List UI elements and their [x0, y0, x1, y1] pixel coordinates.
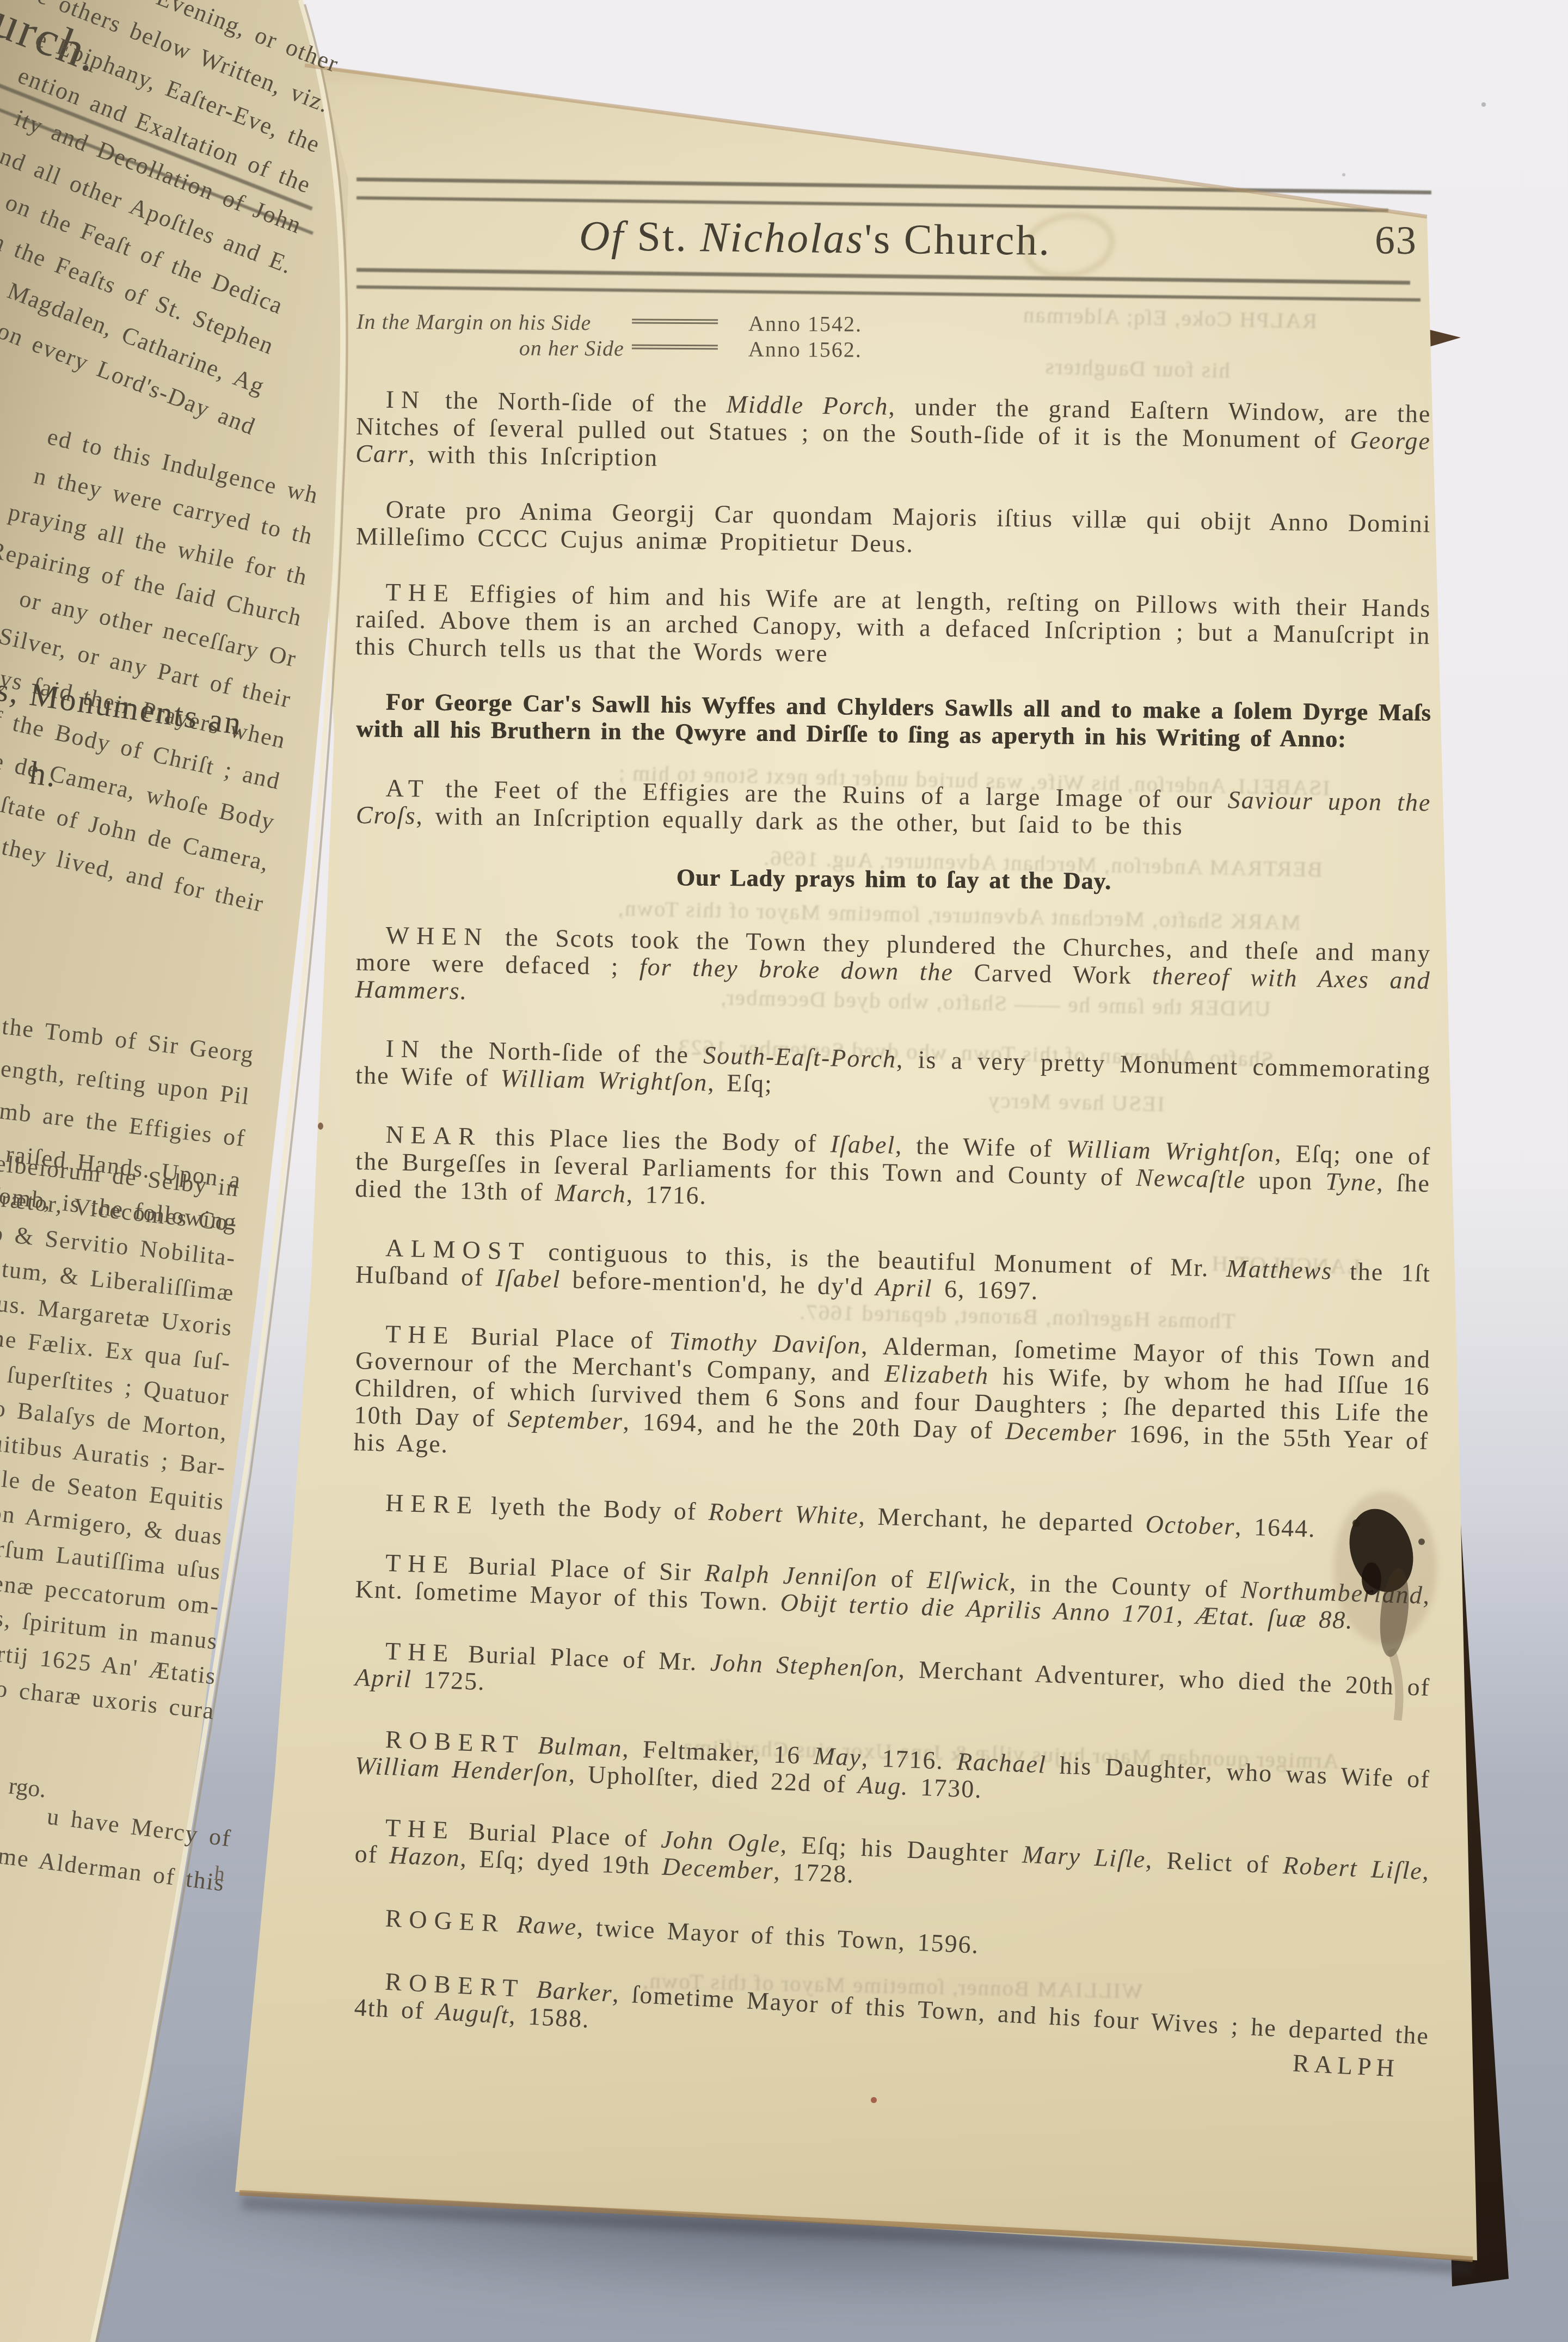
text-segment: Iſabel	[830, 1130, 895, 1158]
body-paragraphs: IN the North-ſide of the Middle Porch, u…	[356, 385, 1431, 2021]
photo-of-open-book: RALPH Coke, Eſq; Aldermanhis four Daught…	[0, 0, 1568, 2342]
paragraph-p5: AT the Feet of the Effigies are the Ruin…	[356, 774, 1431, 844]
paragraph-p2: Orate pro Anima Georgij Car quondam Majo…	[356, 495, 1431, 565]
text-segment: Iſabel	[495, 1264, 561, 1293]
margin-note-value-2: Anno 1562.	[748, 336, 862, 363]
text-segment: , Relict of	[1145, 1846, 1283, 1879]
text-segment: THE	[385, 1637, 456, 1667]
text-segment: IN	[385, 1034, 427, 1063]
margin-note: In the Margin on his Side Anno 1542. on …	[356, 309, 1431, 365]
text-segment: , 1716.	[861, 1744, 957, 1775]
head-rule-bottom-2	[356, 285, 1421, 302]
text-segment: , twice Mayor of this Town, 1596.	[576, 1912, 980, 1959]
text-segment: his Daughter, who was Wife of	[1046, 1751, 1431, 1793]
text-segment: , 1644.	[1235, 1512, 1317, 1542]
text-segment: THE	[385, 1549, 456, 1579]
head-rule-bottom-1	[356, 268, 1410, 285]
text-segment: Our Lady prays him to ſay at the Day.	[676, 864, 1111, 894]
text-segment: THE	[385, 1320, 456, 1349]
paragraph-p8: IN the North-ſide of the South-Eaſt-Porc…	[355, 1034, 1431, 1111]
text-segment: December	[1005, 1417, 1117, 1447]
text-segment: Rawe	[516, 1910, 577, 1940]
text-segment: ALMOST	[385, 1234, 531, 1265]
margin-note-label-2: on her Side	[356, 334, 624, 361]
paragraph-p11: THE Burial Place of Timothy Daviſon, Ald…	[353, 1320, 1431, 1482]
text-segment: Nicholas	[700, 213, 864, 262]
dust-speck	[1481, 102, 1486, 107]
text-segment: March	[555, 1179, 626, 1208]
left-line-fragment: rgo.	[8, 1772, 48, 1804]
text-segment: Robert Liſle	[1282, 1851, 1423, 1885]
text-segment: , 1728.	[773, 1857, 855, 1888]
text-segment: Elſwick	[927, 1566, 1010, 1596]
text-segment	[524, 1975, 538, 2003]
text-segment: Middle Porch	[726, 390, 888, 420]
text-segment: HERE	[385, 1489, 479, 1519]
paragraph-p1: IN the North-ſide of the Middle Porch, u…	[355, 385, 1431, 482]
paragraph-p10: ALMOST contiguous to this, is the beauti…	[355, 1234, 1431, 1314]
text-segment	[505, 1909, 518, 1938]
running-header: Of St. Nicholas's Church. 63	[356, 209, 1432, 269]
text-segment: Aug.	[857, 1770, 909, 1800]
dust-speck	[1342, 173, 1345, 176]
text-segment: NEAR	[385, 1120, 482, 1150]
text-segment: John Stephenſon	[710, 1648, 899, 1683]
text-segment: September	[507, 1405, 623, 1435]
paragraph-p4: For George Car's Sawll his Wyffes and Ch…	[356, 688, 1431, 754]
paragraph-p6: Our Lady prays him to ſay at the Day.	[356, 861, 1431, 898]
text-segment: , Merchant Adventurer, who died the 20th…	[898, 1655, 1431, 1701]
text-segment: Elizabeth	[884, 1359, 989, 1390]
text-segment: Rachael	[956, 1747, 1047, 1778]
text-segment: For George Car's Sawll his Wyffes and Ch…	[356, 689, 1431, 752]
text-segment: Matthews	[1226, 1254, 1333, 1285]
text-segment: THE	[385, 1813, 456, 1844]
text-segment: Effigies of him and his Wife are at leng…	[355, 579, 1431, 667]
text-segment: Robert White	[708, 1498, 859, 1530]
text-segment: May	[813, 1742, 862, 1771]
text-segment: April	[875, 1273, 933, 1302]
text-segment: 1730.	[908, 1773, 983, 1803]
page-title: Of St. Nicholas's Church.	[579, 212, 1052, 264]
right-page-content: Of St. Nicholas's Church. 63 In the Marg…	[356, 184, 1431, 2056]
text-segment: 6, 1697.	[932, 1274, 1039, 1305]
text-segment: , Eſq;	[708, 1069, 773, 1098]
paragraph-p3: THE Effigies of him and his Wife are at …	[355, 578, 1431, 677]
text-segment: THE	[385, 578, 456, 607]
text-segment: of	[877, 1564, 927, 1593]
paragraph-p9: NEAR this Place lies the Body of Iſabel,…	[355, 1120, 1431, 1224]
text-segment: South-Eaſt-Porch	[703, 1041, 897, 1072]
text-segment: 1725.	[411, 1665, 486, 1696]
paragraph-p15: ROBERT Bulman, Feltmaker, 16 May, 1716. …	[354, 1725, 1430, 1820]
text-segment: William Wrightſon	[500, 1064, 708, 1096]
text-segment: IN	[385, 385, 426, 414]
margin-note-dash-2	[632, 344, 718, 350]
text-segment: , the Wife of	[895, 1131, 1067, 1163]
text-segment: Mary Liſle	[1022, 1840, 1146, 1873]
text-segment: WHEN	[385, 921, 489, 951]
text-segment: October	[1145, 1510, 1235, 1541]
text-segment: lyeth the Body of	[479, 1491, 709, 1525]
paragraph-p14: THE Burial Place of Mr. John Stephenſon,…	[355, 1636, 1431, 1728]
page-number: 63	[1375, 217, 1418, 264]
text-segment	[525, 1731, 539, 1759]
text-segment: AT	[385, 774, 431, 802]
text-segment: William Wrightſon	[1066, 1135, 1275, 1167]
margin-note-dash-1	[632, 318, 718, 324]
paragraph-p7: WHEN the Scots took the Town they plunde…	[355, 921, 1431, 1021]
ink-speck	[318, 1123, 323, 1130]
text-segment: April	[355, 1663, 413, 1693]
paragraph-p17: ROGER Rawe, twice Mayor of this Town, 15…	[355, 1903, 1430, 1979]
text-segment: ROGER	[385, 1904, 506, 1937]
text-segment: Tyne	[1325, 1167, 1377, 1196]
paragraph-p13: THE Burial Place of Sir Ralph Jenniſon o…	[355, 1548, 1431, 1636]
text-segment: , Merchant, he departed	[858, 1502, 1146, 1538]
text-segment: Orate pro Anima Georgij Car quondam Majo…	[356, 495, 1431, 558]
text-segment: December	[662, 1853, 774, 1885]
paragraph-p12: HERE lyeth the Body of Robert White, Mer…	[356, 1488, 1431, 1546]
text-segment: Burial Place of Mr.	[455, 1639, 711, 1676]
head-rule-top-2	[356, 196, 1388, 212]
text-segment: St.	[637, 212, 700, 260]
text-segment: Hazon	[389, 1841, 461, 1872]
text-segment: Newcaſtle	[1136, 1163, 1246, 1193]
paragraph-p16: THE Burial Place of John Ogle, Eſq; his …	[354, 1813, 1430, 1912]
text-segment: 's Church.	[864, 214, 1051, 264]
text-segment: Bulman	[538, 1731, 623, 1762]
text-segment: , with this Inſcription	[408, 440, 658, 471]
margin-note-value-1: Anno 1542.	[748, 311, 862, 337]
text-segment: Of	[579, 212, 637, 260]
ink-speck	[871, 2097, 877, 2103]
text-segment: , 1716.	[626, 1180, 708, 1209]
margin-note-label-1: In the Margin on his Side	[356, 309, 624, 336]
text-segment: for they broke down the	[640, 953, 974, 986]
text-segment: Carved Work	[974, 959, 1153, 990]
text-segment: upon	[1246, 1166, 1326, 1195]
text-segment: Barker	[536, 1975, 613, 2007]
text-segment: the North-ſide of the	[426, 386, 727, 418]
